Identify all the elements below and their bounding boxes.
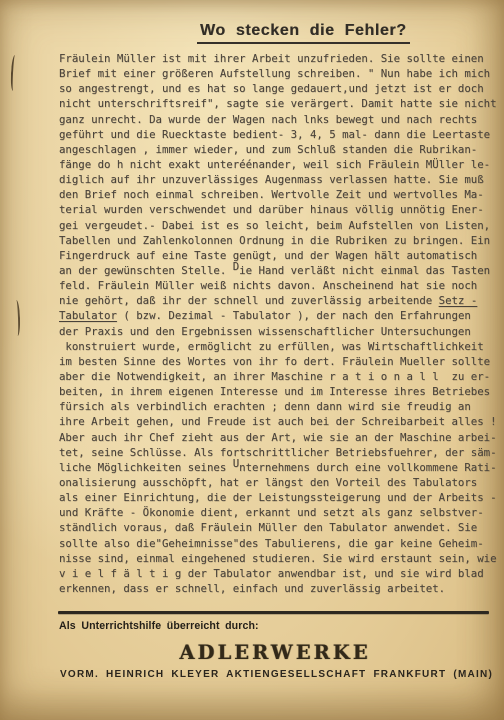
typewritten-line: v i e l f ä l t i g der Tabulator anwend…	[59, 566, 495, 581]
typewritten-line: angeschlagen , immer wieder, und zum Sch…	[59, 142, 495, 157]
typewritten-line: Fingerdruck auf eine Taste genügt, und d…	[59, 248, 495, 263]
typewritten-line: so angestrengt, und es hat so lange geda…	[59, 81, 495, 96]
typewritten-line: nicht unterschriftsreif", sagte sie verä…	[59, 96, 495, 111]
typewritten-line: gei vergeudet.- Dabei ist es so leicht, …	[59, 218, 495, 233]
typewritten-line: terial wurden verschwendet und darüber h…	[59, 202, 495, 217]
typewritten-line: Aber auch ihr Chef zieht aus der Art, wi…	[59, 430, 495, 445]
typewritten-line: konstruiert wurde, ermöglicht zu erfülle…	[59, 339, 495, 354]
typewritten-line: onalisierung ausschöpft, hat er längst d…	[59, 475, 495, 490]
typewritten-line: der Praxis und den Ergebnissen wissensch…	[59, 324, 495, 339]
typewritten-line: nisse sind, einmal eingehened studieren.…	[59, 551, 495, 566]
typewritten-line: fürsich als verbindlich erachten ; denn …	[59, 399, 495, 414]
typewritten-line: als einer Einrichtung, die der Leistungs…	[59, 490, 495, 505]
typewritten-line: aber die Notwendigkeit, an ihrer Maschin…	[59, 369, 495, 384]
typewritten-line: Fräulein Müller ist mit ihrer Arbeit unz…	[59, 51, 495, 66]
typewritten-line: erkennen, dass er schnell, einfach und z…	[59, 581, 495, 596]
typewritten-line: ihre Arbeit gehen, und Freude ist auch b…	[59, 414, 495, 429]
staple-mark-top	[10, 55, 18, 91]
typewritten-line: fänge do h nicht exakt unteréénander, we…	[59, 157, 495, 172]
typewritten-line: Tabulator ( bzw. Dezimal - Tabulator ), …	[59, 308, 495, 323]
typewritten-line: ganz unrecht. Da wurde der Wagen nach ln…	[59, 112, 495, 127]
typewritten-line: nie gehört, daß ihr der schnell und zuve…	[59, 293, 495, 308]
typewritten-line: den Brief noch einmal schreiben. Wertvol…	[59, 187, 495, 202]
typewritten-line: feld. Fräulein Müller weiß nichts davon.…	[59, 278, 495, 293]
typewritten-line: diglich auf ihr unzuverlässiges Augenmas…	[59, 172, 495, 187]
typewritten-line: an der gewünschten Stelle. Die Hand verl…	[59, 263, 495, 278]
company-name: ADLERWERKE	[23, 641, 504, 664]
footer-presented-by: Als Unterrichtshilfe überreicht durch:	[59, 620, 259, 632]
footer-divider	[58, 611, 489, 614]
typewritten-line: sollte also die"Geheimnisse"des Tabulier…	[59, 536, 495, 551]
typewritten-line: geführt und die Ruecktaste bedient- 3, 4…	[59, 127, 495, 142]
typewritten-line: tet, seine Schlüsse. Als fortschrittlich…	[59, 445, 495, 460]
typewritten-line: Brief mit einer größeren Aufstellung sch…	[59, 66, 495, 81]
typewritten-line: Tabellen und Zahlenkolonnen Ordnung in d…	[59, 233, 495, 248]
typewritten-line: und Kräfte - Ökonomie dient, erkannt und…	[59, 505, 495, 520]
company-subtitle: VORM. HEINRICH KLEYER AKTIENGESELLSCHAFT…	[60, 669, 496, 680]
document-page: Wo stecken die Fehler? Fräulein Müller i…	[0, 0, 504, 720]
staple-mark-bottom	[13, 300, 20, 336]
page-title: Wo stecken die Fehler?	[197, 22, 410, 44]
typewritten-body: Fräulein Müller ist mit ihrer Arbeit unz…	[59, 51, 495, 596]
typewritten-line: liche Möglichkeiten seines Unternehmens …	[59, 460, 495, 475]
typewritten-line: im besten Sinne des Wortes von ihr fo de…	[59, 354, 495, 369]
typewritten-line: ständlich voraus, daß Fräulein Müller de…	[59, 520, 495, 535]
typewritten-line: beiten, in ihrem eigenen Interesse und i…	[59, 384, 495, 399]
